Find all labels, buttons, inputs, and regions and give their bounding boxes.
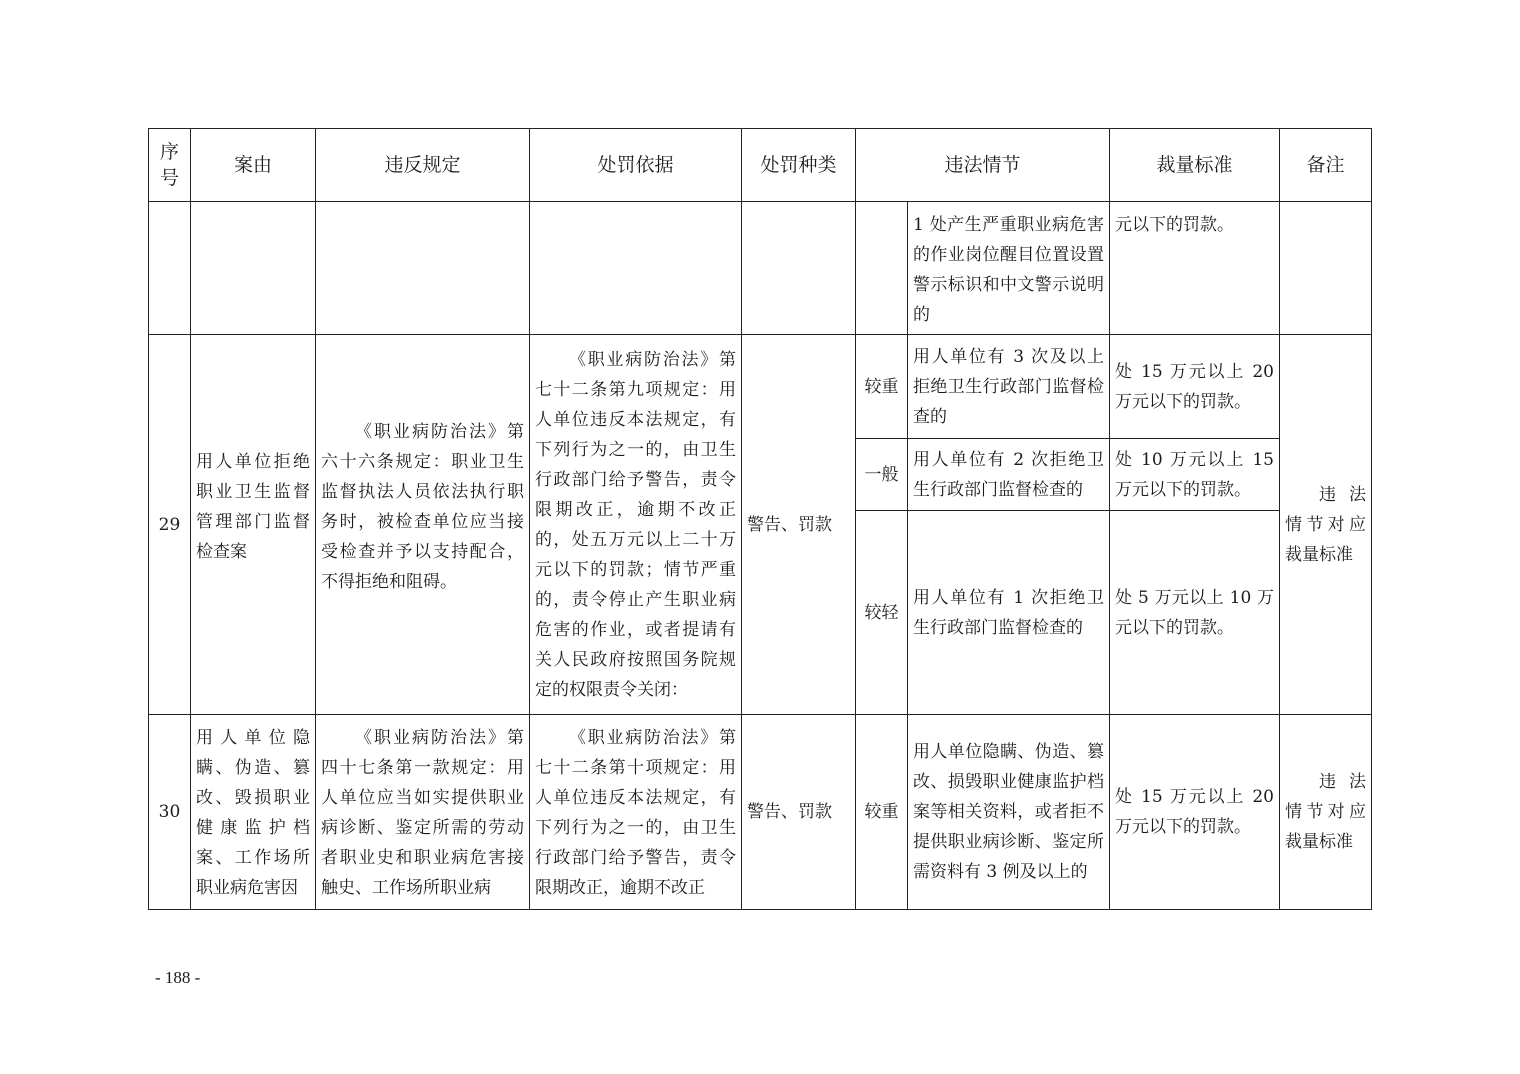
cont-level [855,201,908,335]
row30-seq: 30 [148,714,191,910]
header-standard: 裁量标准 [1109,128,1280,202]
header-basis: 处罚依据 [529,128,742,202]
document-page: 序 号 案由 违反规定 处罚依据 处罚种类 违法情节 裁量标准 备注 1 处产生… [0,0,1520,1074]
row29-level-3: 较轻 [855,510,908,715]
header-violation: 违反规定 [315,128,530,202]
row29-detail-1: 用人单位有 3 次及以上拒绝卫生行政部门监督检查的 [907,334,1110,439]
row30-basis: 《职业病防治法》第七十二条第十项规定：用人单位违反本法规定，有下列行为之一的，由… [529,714,742,910]
row30-remark: 违法情节对应裁量标准 [1279,714,1372,910]
cont-case [190,201,316,335]
row30-standard-1: 处 15 万元以上 20 万元以下的罚款。 [1109,714,1280,910]
cont-standard: 元以下的罚款。 [1109,201,1280,335]
header-case: 案由 [190,128,316,202]
row30-case: 用人单位隐瞒、伪造、篡改、毁损职业健康监护档案、工作场所职业病危害因 [190,714,316,910]
row29-standard-3: 处 5 万元以上 10 万元以下的罚款。 [1109,510,1280,715]
row30-violation: 《职业病防治法》第四十七条第一款规定：用人单位应当如实提供职业病诊断、鉴定所需的… [315,714,530,910]
header-seq: 序 号 [148,128,191,202]
row29-detail-2: 用人单位有 2 次拒绝卫生行政部门监督检查的 [907,438,1110,511]
cont-penalty-type [741,201,856,335]
cont-circumstance-detail: 1 处产生严重职业病危害的作业岗位醒目位置设置警示标识和中文警示说明的 [907,201,1110,335]
row29-case: 用人单位拒绝职业卫生监督管理部门监督检查案 [190,334,316,715]
row29-basis: 《职业病防治法》第七十二条第九项规定：用人单位违反本法规定，有下列行为之一的，由… [529,334,742,715]
row29-violation: 《职业病防治法》第六十六条规定：职业卫生监督执法人员依法执行职务时，被检查单位应… [315,334,530,715]
header-remark: 备注 [1279,128,1372,202]
row30-penalty-type: 警告、罚款 [741,714,856,910]
header-penalty-type: 处罚种类 [741,128,856,202]
cont-basis [529,201,742,335]
row29-seq: 29 [148,334,191,715]
row29-detail-3: 用人单位有 1 次拒绝卫生行政部门监督检查的 [907,510,1110,715]
row29-remark: 违法情节对应裁量标准 [1279,334,1372,715]
row29-penalty-type: 警告、罚款 [741,334,856,715]
header-circumstance: 违法情节 [855,128,1110,202]
row30-detail-1: 用人单位隐瞒、伪造、篡改、损毁职业健康监护档案等相关资料，或者拒不提供职业病诊断… [907,714,1110,910]
row29-standard-1: 处 15 万元以上 20 万元以下的罚款。 [1109,334,1280,439]
cont-violation [315,201,530,335]
row29-level-2: 一般 [855,438,908,511]
row29-standard-2: 处 10 万元以上 15 万元以下的罚款。 [1109,438,1280,511]
row30-level-1: 较重 [855,714,908,910]
cont-remark [1279,201,1372,335]
row29-level-1: 较重 [855,334,908,439]
cont-seq [148,201,191,335]
page-number: - 188 - [155,968,200,988]
